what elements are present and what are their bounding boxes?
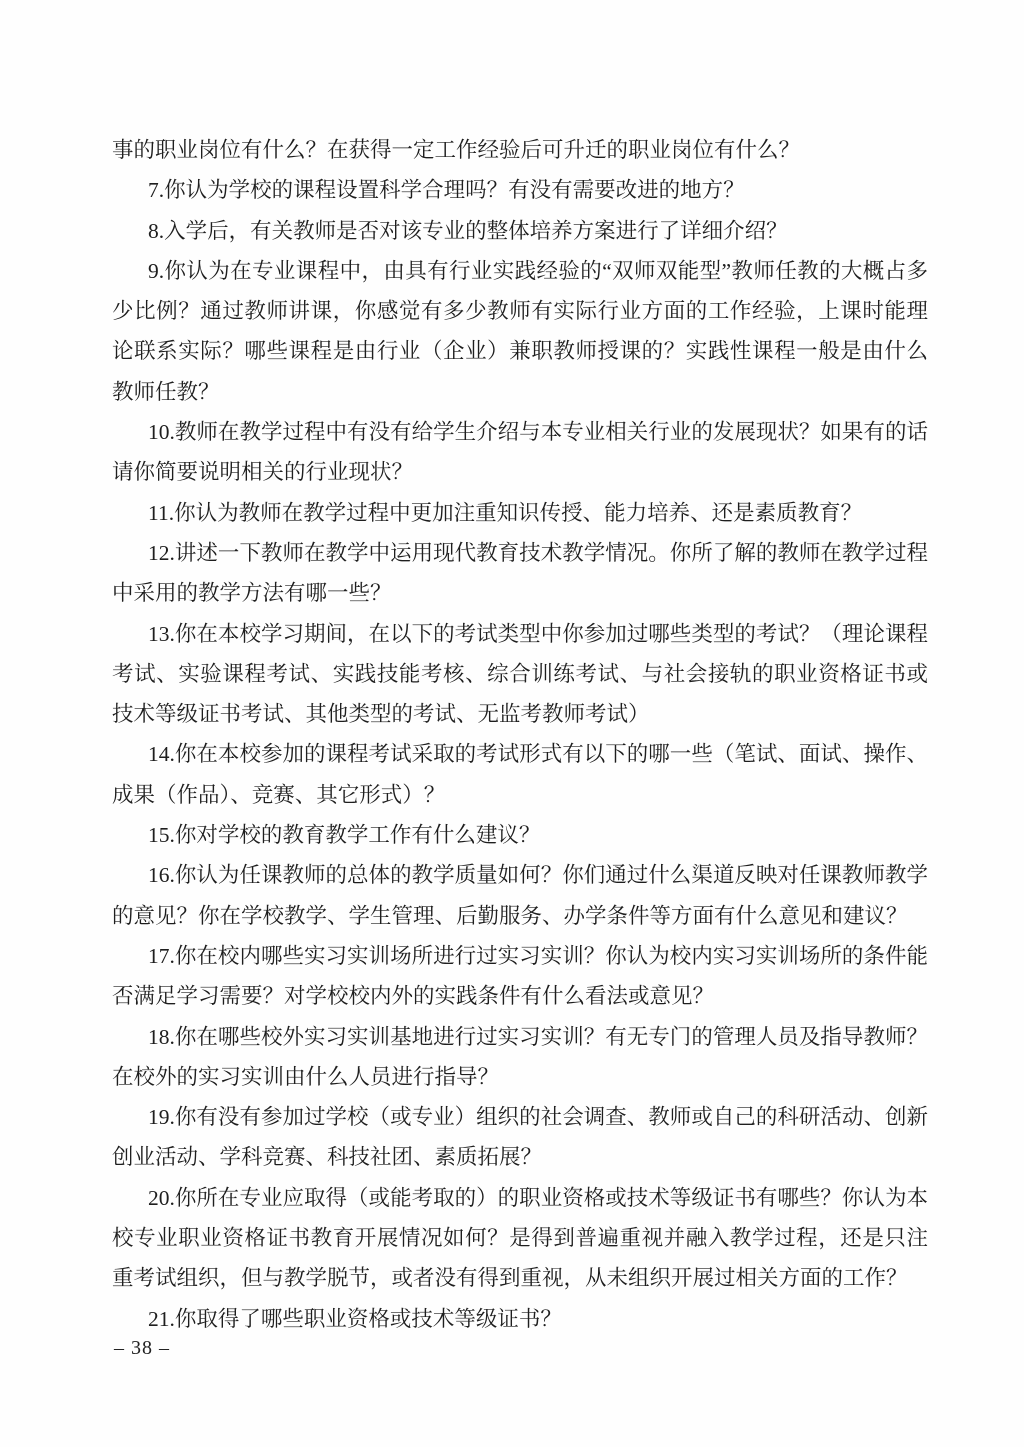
- document-page: 事的职业岗位有什么？在获得一定工作经验后可升迁的职业岗位有什么？ 7.你认为学校…: [0, 0, 1024, 1447]
- question-14: 14.你在本校参加的课程考试采取的考试形式有以下的哪一些（笔试、面试、操作、成果…: [112, 734, 928, 815]
- question-13: 13.你在本校学习期间，在以下的考试类型中你参加过哪些类型的考试？（理论课程考试…: [112, 614, 928, 735]
- question-21: 21.你取得了哪些职业资格或技术等级证书？: [112, 1299, 928, 1339]
- question-8: 8.入学后，有关教师是否对该专业的整体培养方案进行了详细介绍？: [112, 211, 928, 251]
- question-11: 11.你认为教师在教学过程中更加注重知识传授、能力培养、还是素质教育？: [112, 493, 928, 533]
- para-continuation: 事的职业岗位有什么？在获得一定工作经验后可升迁的职业岗位有什么？: [112, 130, 928, 170]
- question-7: 7.你认为学校的课程设置科学合理吗？有没有需要改进的地方？: [112, 170, 928, 210]
- question-19: 19.你有没有参加过学校（或专业）组织的社会调查、教师或自己的科研活动、创新创业…: [112, 1097, 928, 1178]
- question-16: 16.你认为任课教师的总体的教学质量如何？你们通过什么渠道反映对任课教师教学的意…: [112, 855, 928, 936]
- question-10: 10.教师在教学过程中有没有给学生介绍与本专业相关行业的发展现状？如果有的话请你…: [112, 412, 928, 493]
- question-12: 12.讲述一下教师在教学中运用现代教育技术教学情况。你所了解的教师在教学过程中采…: [112, 533, 928, 614]
- page-number: – 38 –: [114, 1336, 170, 1360]
- question-15: 15.你对学校的教育教学工作有什么建议？: [112, 815, 928, 855]
- question-20: 20.你所在专业应取得（或能考取的）的职业资格或技术等级证书有哪些？你认为本校专…: [112, 1178, 928, 1299]
- question-9: 9.你认为在专业课程中，由具有行业实践经验的“双师双能型”教师任教的大概占多少比…: [112, 251, 928, 412]
- document-body: 事的职业岗位有什么？在获得一定工作经验后可升迁的职业岗位有什么？ 7.你认为学校…: [112, 130, 928, 1339]
- question-18: 18.你在哪些校外实习实训基地进行过实习实训？有无专门的管理人员及指导教师？在校…: [112, 1017, 928, 1098]
- question-17: 17.你在校内哪些实习实训场所进行过实习实训？你认为校内实习实训场所的条件能否满…: [112, 936, 928, 1017]
